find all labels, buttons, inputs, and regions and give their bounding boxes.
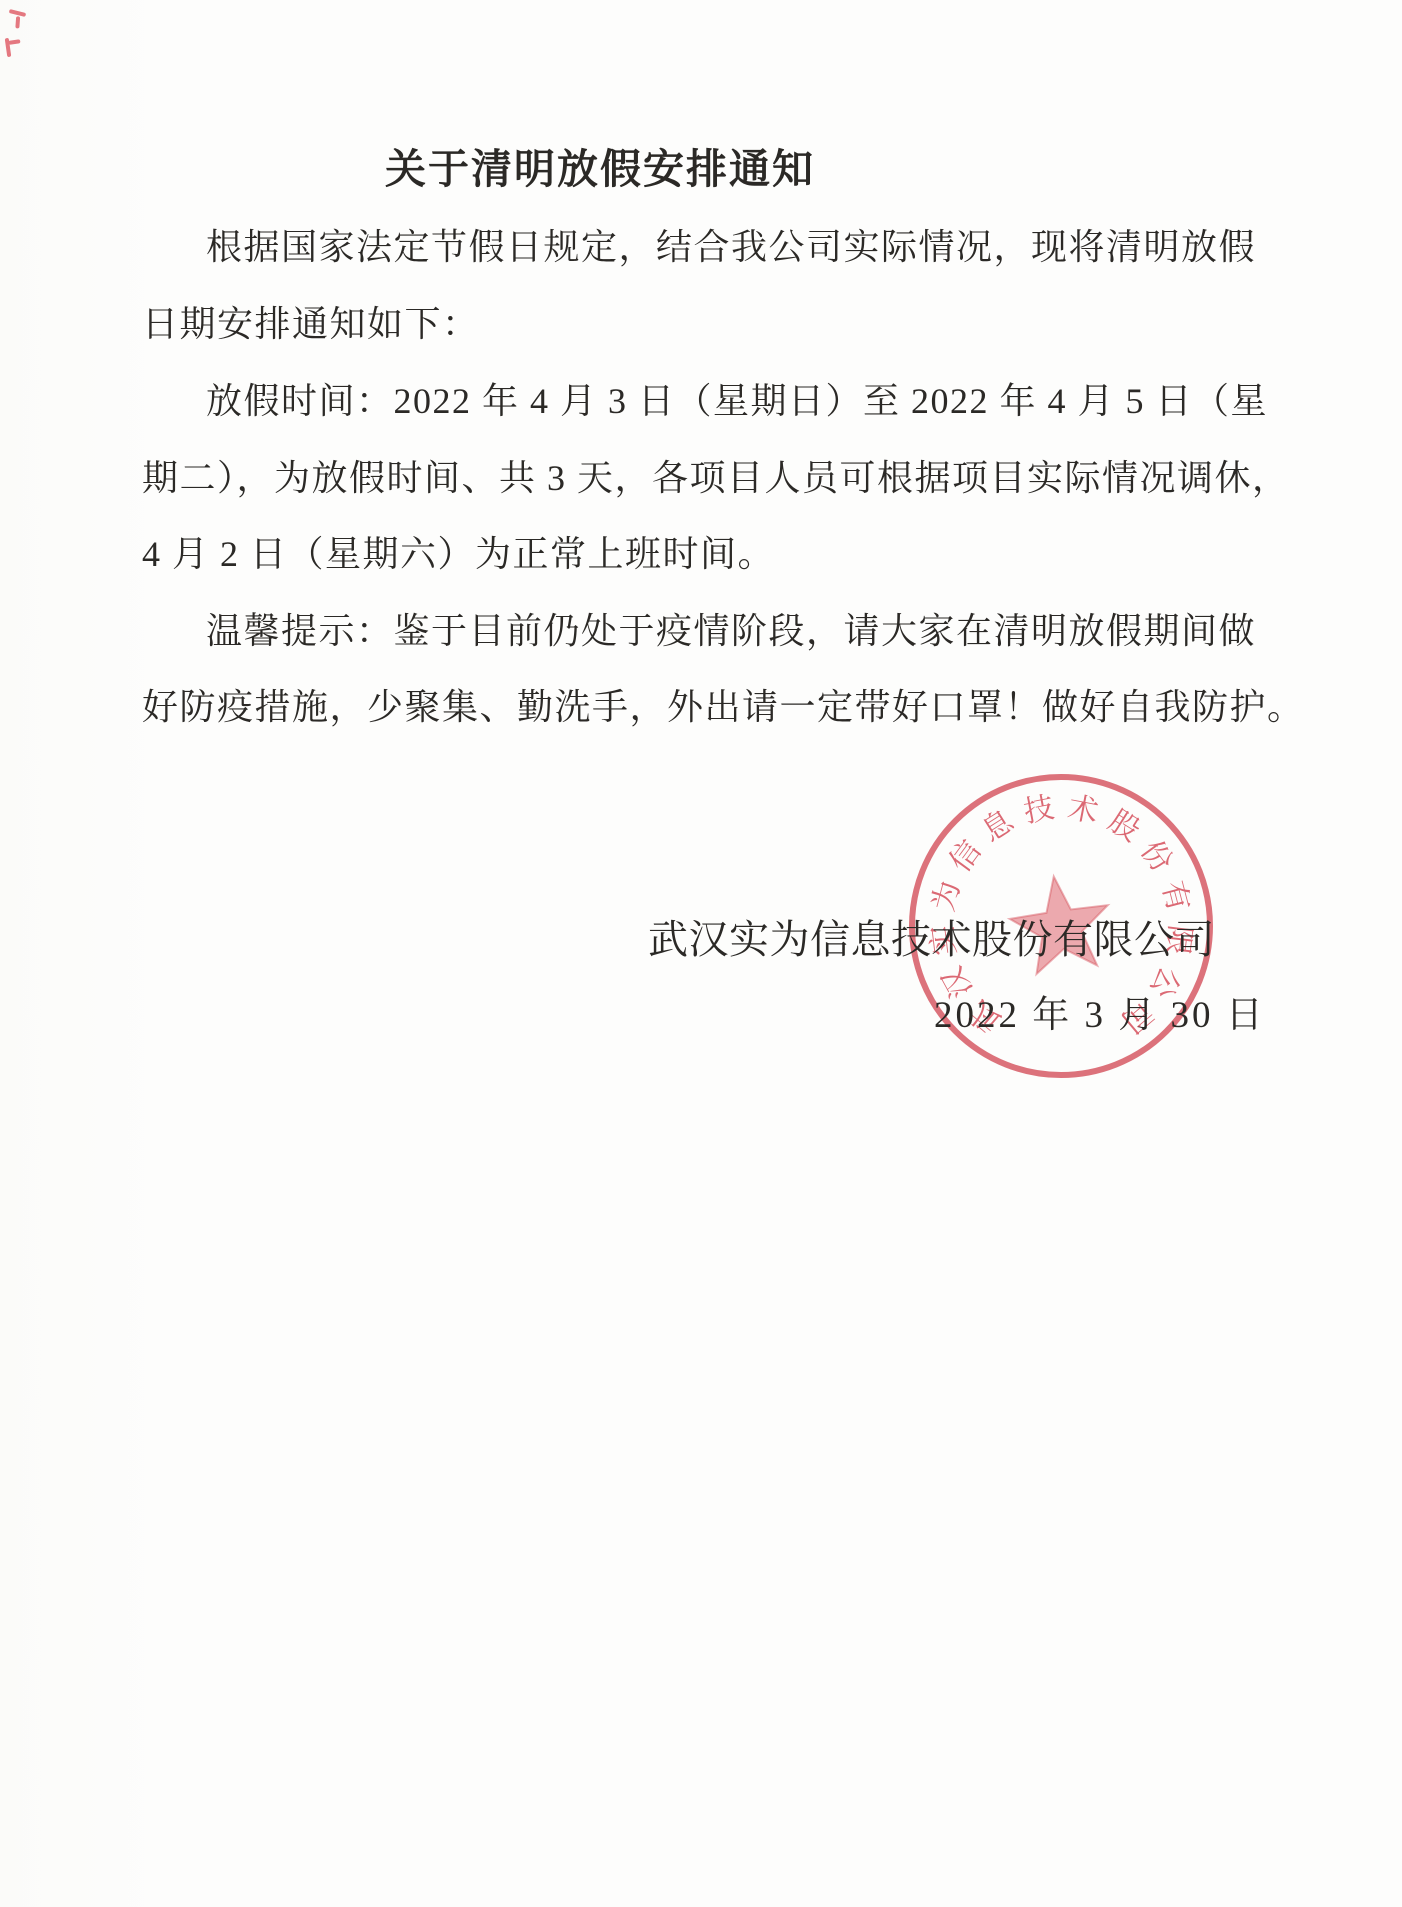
body-line: 4 月 2 日（星期六）为正常上班时间。 — [142, 526, 1262, 577]
body-line: 日期安排通知如下： — [142, 296, 1262, 347]
scanned-notice-page: 关于清明放假安排通知 根据国家法定节假日规定，结合我公司实际情况，现将清明放假 … — [0, 0, 1402, 1907]
seal-char: 技 — [1021, 791, 1057, 829]
seal-char: 份 — [1134, 835, 1178, 879]
seal-char: 术 — [1065, 791, 1101, 829]
signature-company-name: 武汉实为信息技术股份有限公司 — [648, 908, 1215, 965]
seal-char: 股 — [1103, 804, 1146, 848]
body-line: 温馨提示：鉴于目前仍处于疫情阶段，请大家在清明放假期间做 — [142, 603, 1326, 654]
seal-char: 息 — [976, 804, 1020, 848]
signature-date: 2022 年 3 月 30 日 — [934, 984, 1266, 1038]
body-line: 好防疫措施，少聚集、勤洗手，外出请一定带好口罩！做好自我防护。 — [142, 679, 1262, 730]
notice-title: 关于清明放假安排通知 — [0, 136, 1200, 195]
body-line: 根据国家法定节假日规定，结合我公司实际情况，现将清明放假 — [142, 219, 1326, 270]
corner-ink-mark — [5, 38, 12, 57]
corner-ink-mark — [9, 9, 26, 17]
seal-char: 信 — [944, 835, 988, 879]
body-line: 放假时间：2022 年 4 月 3 日（星期日）至 2022 年 4 月 5 日… — [142, 373, 1326, 424]
body-line: 期二），为放假时间、共 3 天，各项目人员可根据项目实际情况调休， — [142, 450, 1262, 501]
